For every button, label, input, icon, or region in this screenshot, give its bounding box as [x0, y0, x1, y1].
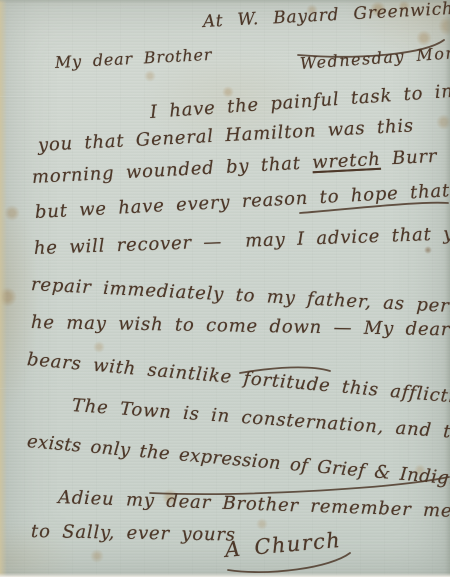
body-line: to Sally, ever yours	[31, 523, 236, 545]
body-line: he will recover — may I advice that you	[34, 224, 450, 257]
signature: A Church	[224, 530, 342, 561]
paper-edge-bottom	[0, 573, 450, 577]
letter-page: At W. Bayard Greenwich Wednesday Morn My…	[0, 0, 450, 577]
body-line: morning wounded by that wretch Burr	[32, 148, 438, 187]
body-line: he may wish to come down — My dear Siste…	[31, 314, 450, 341]
paper-edge-left	[0, 0, 7, 577]
body-line: Adieu my dear Brother remember me	[58, 489, 450, 521]
body-line: but we have every reason to hope that	[35, 182, 450, 222]
body-line-segment: Burr	[380, 146, 438, 170]
salutation: My dear Brother	[55, 47, 213, 71]
body-line: The Town is in consternation, and there	[71, 397, 450, 445]
body-line: exists only the expression of Grief & In…	[26, 433, 450, 493]
heading-place-line: At W. Bayard Greenwich	[203, 1, 450, 31]
body-line-segment: morning wounded by that	[31, 152, 312, 188]
body-line: repair immediately to my father, as perh…	[31, 276, 450, 318]
heading-date-line: Wednesday Morn	[299, 44, 450, 72]
underlined-word-wretch: wretch	[312, 149, 381, 174]
